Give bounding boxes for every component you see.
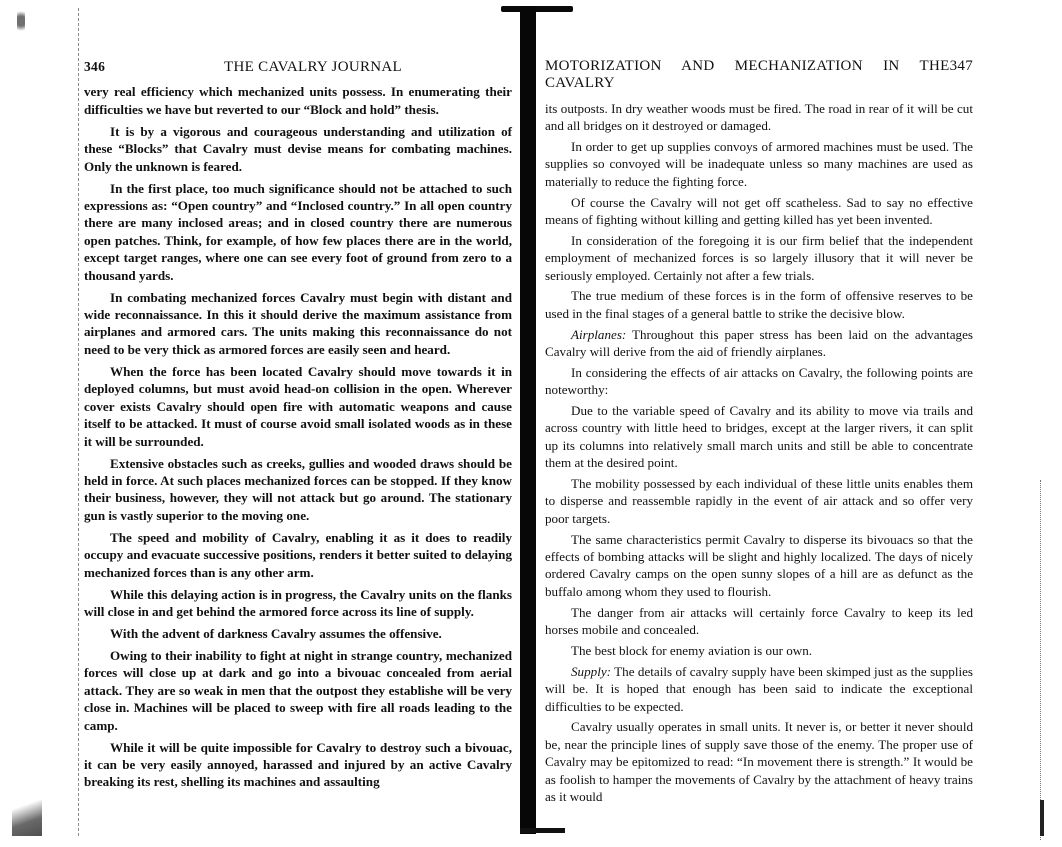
paragraph: In order to get up supplies convoys of a…	[545, 138, 973, 190]
paragraph: In the first place, too much significanc…	[84, 180, 512, 284]
paragraph-text: very real efficiency which mechanized un…	[84, 84, 512, 116]
paragraph: Supply: The details of cavalry supply ha…	[545, 663, 973, 715]
paragraph-text: In the first place, too much significanc…	[84, 181, 512, 283]
paragraph: Due to the variable speed of Cavalry and…	[545, 402, 973, 472]
binding-gutter-top	[501, 6, 573, 12]
left-page-body: very real efficiency which mechanized un…	[84, 83, 512, 790]
paragraph: its outposts. In dry weather woods must …	[545, 100, 973, 135]
right-page: MOTORIZATION AND MECHANIZATION IN THE CA…	[545, 58, 973, 809]
paragraph: It is by a vigorous and courageous under…	[84, 123, 512, 175]
paragraph: Extensive obstacles such as creeks, gull…	[84, 455, 512, 525]
paragraph-text: The danger from air attacks will certain…	[545, 605, 973, 637]
paragraph-text: The true medium of these forces is in th…	[545, 288, 973, 320]
paragraph: In combating mechanized forces Cavalry m…	[84, 289, 512, 359]
left-running-head: 346 THE CAVALRY JOURNAL	[84, 58, 512, 76]
paragraph-text: The same characteristics permit Cavalry …	[545, 532, 973, 599]
paragraph-text: With the advent of darkness Cavalry assu…	[110, 626, 442, 641]
scan-edge-right	[1040, 480, 1042, 840]
right-page-body: its outposts. In dry weather woods must …	[545, 100, 973, 806]
right-running-head: MOTORIZATION AND MECHANIZATION IN THE CA…	[545, 58, 973, 93]
paragraph: very real efficiency which mechanized un…	[84, 83, 512, 118]
paragraph: Airplanes: Throughout this paper stress …	[545, 326, 973, 361]
paragraph: Owing to their inability to fight at nig…	[84, 647, 512, 734]
paragraph-text: The best block for enemy aviation is our…	[571, 643, 812, 658]
paragraph-text: Of course the Cavalry will not get off s…	[545, 195, 973, 227]
paragraph-text: When the force has been located Cavalry …	[84, 364, 512, 449]
paragraph-text: Due to the variable speed of Cavalry and…	[545, 403, 973, 470]
paragraph: Cavalry usually operates in small units.…	[545, 718, 973, 805]
paragraph: The mobility possessed by each individua…	[545, 475, 973, 527]
paragraph: In considering the effects of air attack…	[545, 364, 973, 399]
scan-corner-smudge	[12, 800, 42, 836]
paragraph: The speed and mobility of Cavalry, enabl…	[84, 529, 512, 581]
paragraph-text: In order to get up supplies convoys of a…	[545, 139, 973, 189]
paragraph-text: In combating mechanized forces Cavalry m…	[84, 290, 512, 357]
paragraph: While this delaying action is in progres…	[84, 586, 512, 621]
scan-corner-right	[1040, 800, 1044, 836]
right-page-number: 347	[950, 58, 973, 75]
paragraph: When the force has been located Cavalry …	[84, 363, 512, 450]
left-page-number: 346	[84, 58, 105, 75]
scan-edge-left	[78, 8, 80, 836]
paragraph-text: In considering the effects of air attack…	[545, 365, 973, 397]
binding-gutter-foot	[520, 828, 565, 833]
paragraph: While it will be quite impossible for Ca…	[84, 739, 512, 791]
paragraph-text: Cavalry usually operates in small units.…	[545, 719, 973, 804]
paragraph: Of course the Cavalry will not get off s…	[545, 194, 973, 229]
paragraph: The best block for enemy aviation is our…	[545, 642, 973, 659]
paragraph-text: its outposts. In dry weather woods must …	[545, 101, 973, 133]
paragraph-text: The mobility possessed by each individua…	[545, 476, 973, 526]
paragraph-lead: Supply:	[571, 664, 611, 679]
paragraph-text: Extensive obstacles such as creeks, gull…	[84, 456, 512, 523]
paragraph-text: While it will be quite impossible for Ca…	[84, 740, 512, 790]
paragraph: In consideration of the foregoing it is …	[545, 232, 973, 284]
paragraph: The danger from air attacks will certain…	[545, 604, 973, 639]
right-running-title: MOTORIZATION AND MECHANIZATION IN THE CA…	[545, 58, 950, 93]
paragraph-lead: Airplanes:	[571, 327, 626, 342]
paragraph: The same characteristics permit Cavalry …	[545, 531, 973, 601]
paragraph: The true medium of these forces is in th…	[545, 287, 973, 322]
paragraph-text: In consideration of the foregoing it is …	[545, 233, 973, 283]
paragraph-text: The speed and mobility of Cavalry, enabl…	[84, 530, 512, 580]
paragraph: With the advent of darkness Cavalry assu…	[84, 625, 512, 642]
paragraph-text: While this delaying action is in progres…	[84, 587, 512, 619]
paragraph-text: It is by a vigorous and courageous under…	[84, 124, 512, 174]
left-running-title: THE CAVALRY JOURNAL	[224, 59, 402, 76]
left-page: 346 THE CAVALRY JOURNAL very real effici…	[84, 58, 512, 795]
paragraph-text: Owing to their inability to fight at nig…	[84, 648, 512, 733]
scan-specks	[17, 5, 25, 37]
binding-gutter	[520, 6, 536, 834]
